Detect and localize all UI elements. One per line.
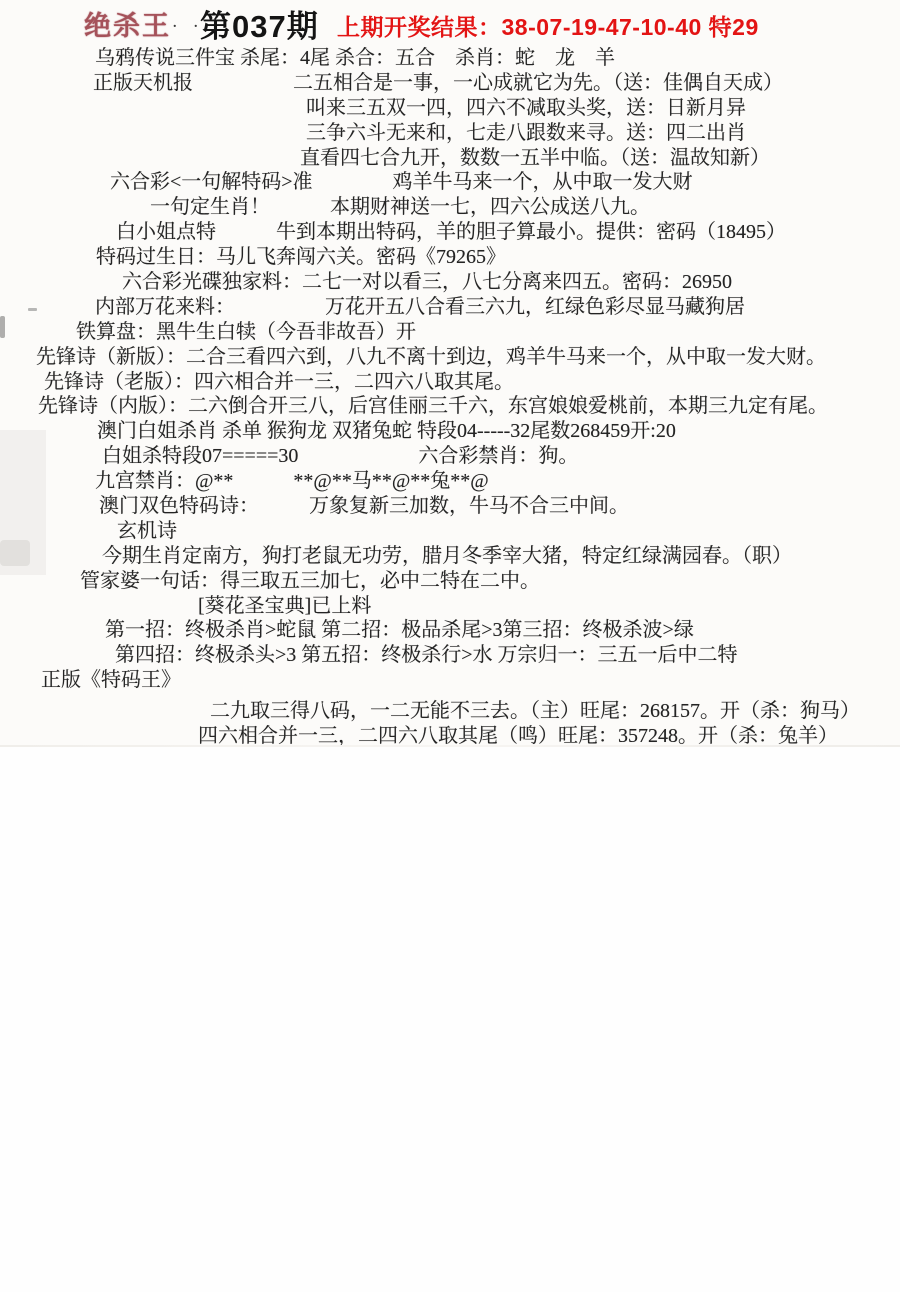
blank-area	[0, 747, 900, 1292]
issue-number: 第037期	[200, 1, 319, 46]
sheet-body: 乌鸦传说三件宝 杀尾：4尾 杀合：五合 杀肖：蛇 龙 羊 正版天机报 二五相合是…	[0, 46, 900, 749]
doc-line: 管家婆一句话：得三取五三加七，必中二特在二中。	[0, 569, 900, 594]
doc-line: 叫来三五双一四，四六不减取头奖，送：日新月异	[0, 96, 900, 121]
doc-line: 先锋诗（内版）：二六倒合开三八，后宫佳丽三千六，东宫娘娘爱桃前，本期三九定有尾。	[0, 394, 900, 419]
doc-line: 一句定生肖！ 本期财神送一七，四六公成送八九。	[0, 195, 900, 220]
scanned-lottery-sheet: 绝杀王 . . 第037期 上期开奖结果：38-07-19-47-10-40 特…	[0, 0, 900, 1292]
doc-line: 铁算盘：黑牛生白犊（今吾非故吾）开	[0, 320, 900, 345]
last-draw-result: 上期开奖结果：38-07-19-47-10-40 特29	[337, 9, 759, 42]
doc-line: 玄机诗	[0, 519, 900, 544]
doc-line: 三争六斗无来和，七走八跟数来寻。送：四二出肖	[0, 121, 900, 146]
doc-line: 九宫禁肖：@** **@**马**@**兔**@	[0, 469, 900, 494]
doc-line: 澳门双色特码诗： 万象复新三加数，牛马不合三中间。	[0, 494, 900, 519]
scan-ink-smudge	[0, 316, 5, 338]
doc-line: 澳门白姐杀肖 杀单 猴狗龙 双猪兔蛇 特段04-----32尾数268459开:…	[0, 419, 900, 444]
scan-ink-smudge	[28, 308, 37, 311]
doc-line: 二九取三得八码，一二无能不三去。（主）旺尾：268157。开（杀：狗马）	[0, 699, 900, 724]
doc-line: [葵花圣宝典]已上料	[0, 594, 900, 619]
doc-line: 直看四七合九开，数数一五半中临。（送：温故知新）	[0, 146, 900, 171]
doc-line: 正版《特码王》	[0, 668, 900, 693]
doc-line: 特码过生日：马儿飞奔闯六关。密码《79265》	[0, 245, 900, 270]
doc-line: 今期生肖定南方，狗打老鼠无功劳，腊月冬季宰大猪，特定红绿满园春。（职）	[0, 544, 900, 569]
doc-line: 正版天机报 二五相合是一事，一心成就它为先。（送：佳偶自天成）	[0, 71, 900, 96]
doc-line: 白姐杀特段07=====30 六合彩禁肖：狗。	[0, 444, 900, 469]
doc-line: 六合彩<一句解特码>准 鸡羊牛马来一个，从中取一发大财	[0, 170, 900, 195]
doc-line: 先锋诗（老版）：四六相合并一三，二四六八取其尾。	[0, 370, 900, 395]
doc-line: 六合彩光碟独家料：二七一对以看三，八七分离来四五。密码：26950	[0, 270, 900, 295]
doc-line: 内部万花来料： 万花开五八合看三六九，红绿色彩尽显马藏狗居	[0, 295, 900, 320]
doc-line: 先锋诗（新版）：二合三看四六到，八九不离十到边，鸡羊牛马来一个，从中取一发大财。	[0, 345, 900, 370]
doc-line: 乌鸦传说三件宝 杀尾：4尾 杀合：五合 杀肖：蛇 龙 羊	[0, 46, 900, 71]
scan-shading	[0, 540, 30, 566]
doc-line: 第一招：终极杀肖>蛇鼠 第二招：极品杀尾>3第三招：终极杀波>绿	[0, 618, 900, 643]
brand-title: 绝杀王	[84, 4, 171, 43]
doc-line: 白小姐点特 牛到本期出特码，羊的胆子算最小。提供：密码（18495）	[0, 220, 900, 245]
doc-line: 第四招：终极杀头>3 第五招：终极杀行>水 万宗归一：三五一后中二特	[0, 643, 900, 668]
